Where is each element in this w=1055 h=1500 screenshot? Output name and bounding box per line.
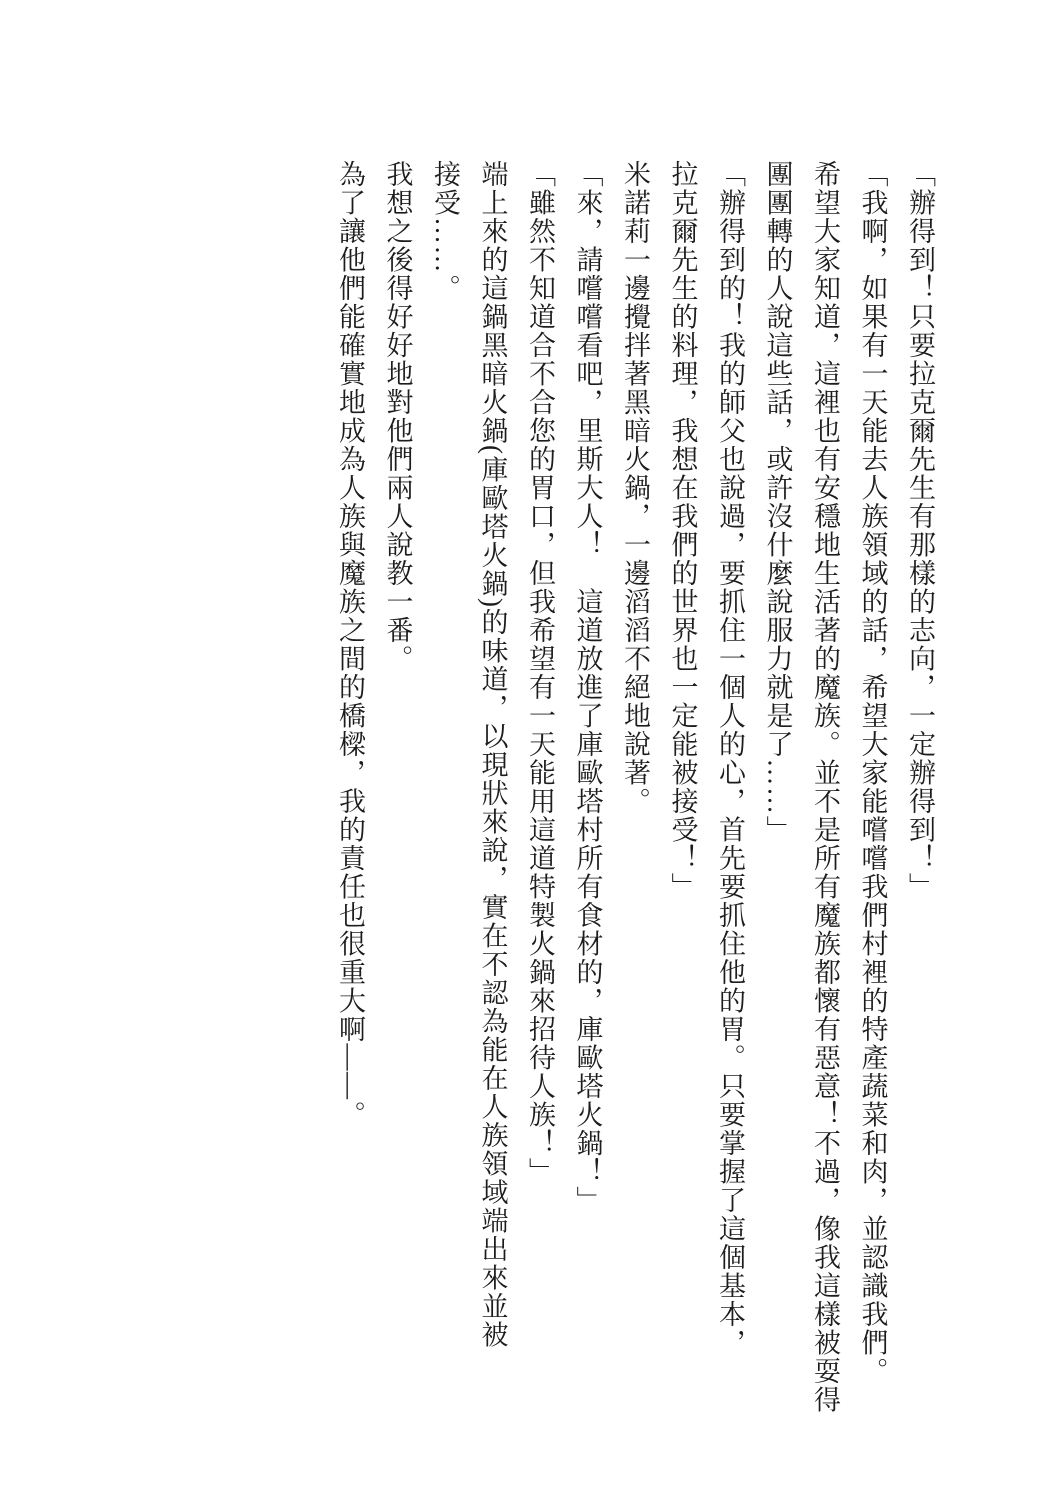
- text-column: 「辦得到！只要拉克爾先生有那樣的志向，一定辦得到！」: [896, 160, 944, 1410]
- text-column: 端上來的這鍋黑暗火鍋(庫歐塔火鍋)的味道，以現狀來說，實在不認為能在人族領域端出…: [468, 160, 516, 1410]
- text-column: 接受……。: [421, 160, 469, 1410]
- text-column: 米諾莉一邊攪拌著黑暗火鍋，一邊滔滔不絕地說著。: [611, 160, 659, 1410]
- text-column: 「雖然不知道合不合您的胃口，但我希望有一天能用這道特製火鍋來招待人族！」: [516, 160, 564, 1410]
- text-column: 我想之後得好好地對他們兩人說教一番。: [373, 160, 421, 1410]
- text-column: 團團轉的人說這些話，或許沒什麼說服力就是了……」: [753, 160, 801, 1410]
- text-column: 希望大家知道，這裡也有安穩地生活著的魔族。並不是所有魔族都懷有惡意！不過，像我這…: [801, 160, 849, 1410]
- text-column: 「來，請嚐嚐看吧，里斯大人！ 這道放進了庫歐塔村所有食材的，庫歐塔火鍋！」: [563, 160, 611, 1410]
- text-column: 拉克爾先生的料理，我想在我們的世界也一定能被接受！」: [658, 160, 706, 1410]
- book-page: 「辦得到！只要拉克爾先生有那樣的志向，一定辦得到！」 「我啊，如果有一天能去人族…: [0, 0, 1055, 1500]
- text-column: 「辦得到的！我的師父也說過，要抓住一個人的心，首先要抓住他的胃。只要掌握了這個基…: [706, 160, 754, 1410]
- text-column: 為了讓他們能確實地成為人族與魔族之間的橋樑，我的責任也很重大啊——。: [326, 160, 374, 1410]
- text-column: 「我啊，如果有一天能去人族領域的話，希望大家能嚐嚐我們村裡的特產蔬菜和肉，並認識…: [848, 160, 896, 1410]
- vertical-text-block: 「辦得到！只要拉克爾先生有那樣的志向，一定辦得到！」 「我啊，如果有一天能去人族…: [326, 160, 944, 1410]
